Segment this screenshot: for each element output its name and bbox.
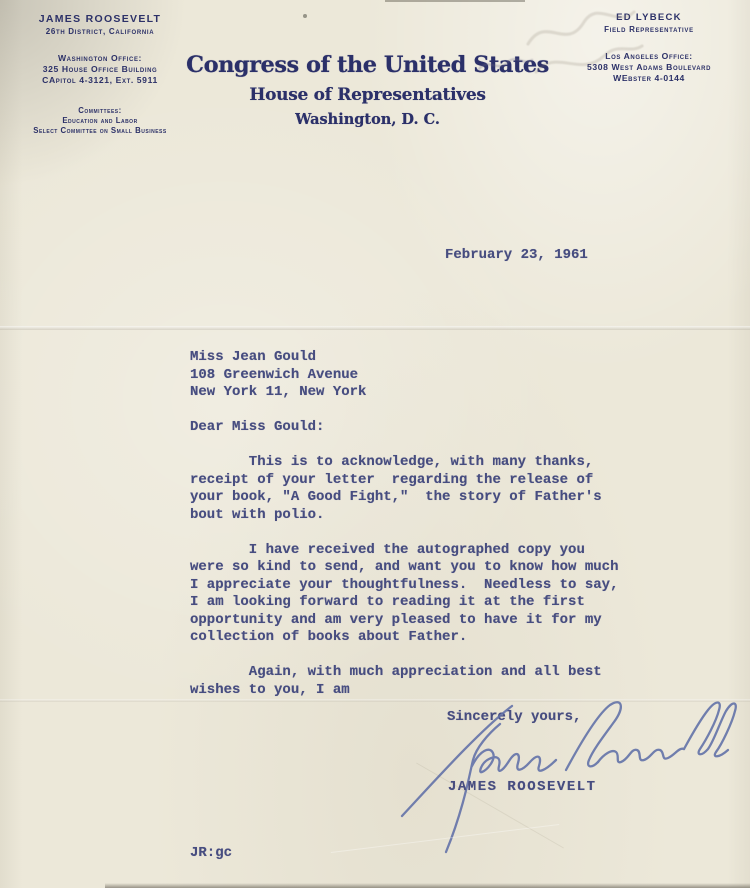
fold-line-lower (0, 699, 750, 702)
body-line: receipt of your letter regarding the rel… (190, 472, 618, 490)
body-line: bout with polio. (190, 507, 618, 525)
washington-dc: Washington, D. C. (170, 111, 565, 128)
field-rep-name: ED LYBECK (543, 12, 750, 23)
congress-title: Congress of the United States (170, 52, 565, 78)
body-line: This is to acknowledge, with many thanks… (190, 454, 618, 472)
letter-body: Miss Jean Gould 108 Greenwich Avenue New… (190, 349, 618, 699)
blank-line (190, 524, 618, 542)
blank-line (190, 437, 618, 455)
body-line: opportunity and am very pleased to have … (190, 612, 618, 630)
letter-date: February 23, 1961 (445, 247, 588, 263)
fold-line-upper (0, 326, 750, 330)
body-line: I have received the autographed copy you (190, 542, 618, 560)
scanned-letter: JAMES ROOSEVELT 26th District, Californi… (0, 0, 750, 888)
blank-line (190, 402, 618, 420)
closing-phrase: Sincerely yours, (447, 709, 581, 725)
recipient-street: 108 Greenwich Avenue (190, 367, 618, 385)
scan-edge-bottom (105, 883, 750, 888)
body-line: Again, with much appreciation and all be… (190, 664, 618, 682)
recipient-name: Miss Jean Gould (190, 349, 618, 367)
ink-speck (303, 14, 307, 18)
body-line: your book, "A Good Fight," the story of … (190, 489, 618, 507)
member-district: 26th District, California (0, 27, 200, 36)
body-line: I am looking forward to reading it at th… (190, 594, 618, 612)
reference-initials: JR:gc (190, 845, 232, 861)
letterhead-title: Congress of the United States House of R… (170, 52, 565, 128)
la-office-address: 5308 West Adams Boulevard (543, 62, 750, 72)
house-subtitle: House of Representatives (170, 85, 565, 105)
paper-crease (416, 763, 564, 849)
body-line: wishes to you, I am (190, 682, 618, 700)
salutation: Dear Miss Gould: (190, 419, 618, 437)
body-line: were so kind to send, and want you to kn… (190, 559, 618, 577)
blank-line (190, 647, 618, 665)
letterhead-right: ED LYBECK Field Representative Los Angel… (543, 12, 750, 83)
field-rep-title: Field Representative (543, 25, 750, 34)
body-line: I appreciate your thoughtfulness. Needle… (190, 577, 618, 595)
la-office-phone: WEbster 4-0144 (543, 73, 750, 83)
typed-signature-name: JAMES ROOSEVELT (448, 779, 597, 795)
scan-edge-top (385, 0, 525, 2)
member-name: JAMES ROOSEVELT (0, 13, 200, 25)
la-office-label: Los Angeles Office: (543, 51, 750, 61)
body-line: collection of books about Father. (190, 629, 618, 647)
recipient-city: New York 11, New York (190, 384, 618, 402)
paper-crease (331, 824, 559, 853)
